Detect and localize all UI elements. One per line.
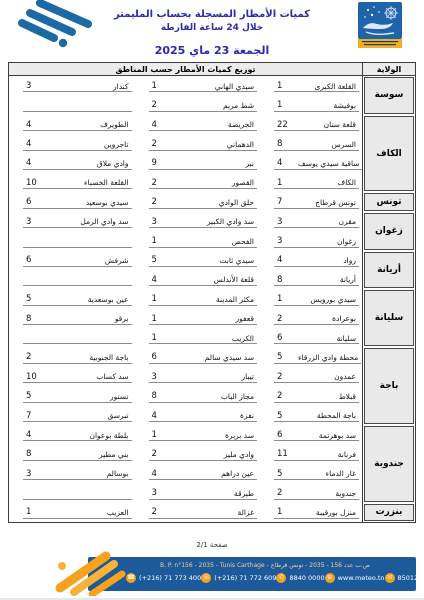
station-slot: 6سد سيدي سالم bbox=[135, 347, 261, 366]
table-row: 1الكاف2القصور10القلعة الخصباء bbox=[9, 173, 362, 192]
station-slot: 4ساقية سيدي يوسف bbox=[260, 154, 362, 173]
governorate-label: الكاف bbox=[364, 116, 414, 192]
table-row: 22قلعة سنان4الجريصة4الطويرف bbox=[9, 115, 362, 134]
station-slot: 2حلق الوادي bbox=[135, 192, 261, 211]
station-slot: 3تيبار bbox=[135, 367, 261, 386]
governorate-label: باجة bbox=[364, 348, 414, 424]
governorate-block: 6سد بوهرتمة1سد بربرة4بلطة بوعوان11فرنانة… bbox=[9, 425, 415, 503]
station-name: العزيب bbox=[47, 509, 132, 517]
station-slot: 11فرنانة bbox=[260, 444, 362, 463]
contact-text: (+216) 71 773 400 bbox=[139, 574, 201, 582]
table-row: 11فرنانة2وادي مليز8بني مطير bbox=[9, 444, 362, 463]
station-slot: 3بوسالم bbox=[9, 464, 135, 483]
rain-value: 5 bbox=[274, 353, 298, 362]
station-name: ساقية سيدي يوسف bbox=[298, 160, 363, 168]
station-name: رواد bbox=[298, 257, 359, 265]
station-slot: 5باجة المحطة bbox=[260, 406, 362, 425]
rain-value: 3 bbox=[149, 218, 173, 227]
station-name: بلطة بوعوان bbox=[47, 432, 132, 440]
rain-value: 2 bbox=[274, 392, 298, 401]
governorate-block: 1سيدي بورويس1مكثر المدينة5عين بوسعدية2بو… bbox=[9, 289, 415, 347]
station-slot: 6سليانة bbox=[260, 328, 362, 347]
station-name: مقرن bbox=[298, 218, 359, 226]
rainfall-bulletin-page: كميات الأمطار المسجلة بحساب المليمتر خلا… bbox=[0, 0, 424, 600]
station-entry: 3طبرقة bbox=[149, 483, 258, 499]
station-slot: 6شرفش bbox=[9, 251, 135, 270]
contact-item: ✉85012 bbox=[385, 573, 419, 583]
station-entry: 4عين دراهم bbox=[149, 464, 258, 480]
page-number-label: صفحة 2/1 bbox=[196, 541, 227, 549]
station-slot: 8بني مطير bbox=[9, 444, 135, 463]
station-slot: 5غار الدماء bbox=[260, 464, 362, 483]
station-slot: 4قلعة الأندلس bbox=[135, 270, 261, 289]
station-entry: 1الكاف bbox=[274, 173, 359, 189]
station-slot bbox=[9, 328, 135, 347]
station-slot: 1سيدي بورويس bbox=[260, 289, 362, 308]
station-name: الفحص bbox=[173, 238, 258, 246]
station-name: عمدون bbox=[298, 373, 359, 381]
governorate-block: 4رواد5سيدي ثابت6شرفش8أريانة4قلعة الأندلس… bbox=[9, 251, 415, 290]
station-slot: 1بوفيشة bbox=[260, 95, 362, 114]
governorate-cell: باجة bbox=[362, 347, 415, 425]
station-entry: 2حلق الوادي bbox=[149, 192, 258, 208]
rain-value: 3 bbox=[23, 218, 47, 227]
rain-value: 2 bbox=[149, 179, 173, 188]
contact-item: ✆8840 0000 bbox=[276, 573, 324, 583]
station-slot: 6سيدي بوسعيد bbox=[9, 192, 135, 211]
rain-value: 1 bbox=[23, 508, 47, 517]
station-name: محطة وادي الزرقاء bbox=[298, 354, 361, 362]
rain-value: 4 bbox=[274, 159, 298, 168]
governorate-label: سليانة bbox=[364, 290, 414, 346]
station-entry: 1القلعة الكبرى bbox=[274, 76, 359, 92]
globe-icon: ⊕ bbox=[325, 573, 335, 583]
rain-value: 5 bbox=[149, 256, 173, 265]
station-name: القصور bbox=[173, 179, 258, 187]
station-entry: 4الجريصة bbox=[149, 115, 258, 131]
rain-value: 2 bbox=[149, 140, 173, 149]
table-header-row: توزيع كميات الأمطار حسب المناطق الولاية bbox=[9, 63, 415, 76]
station-entry: 6سد سيدي سالم bbox=[149, 347, 258, 363]
contact-text: (+216) 71 772 609 bbox=[214, 574, 276, 582]
station-name: مكثر المدينة bbox=[173, 296, 258, 304]
station-entry: 1سيدي بورويس bbox=[274, 289, 359, 305]
station-entry: 2شط مريم bbox=[149, 95, 258, 111]
station-slot: 5سيدي ثابت bbox=[135, 251, 261, 270]
station-name: باجة المحطة bbox=[298, 412, 359, 420]
table-row: 1منزل بورقيبة2غزالة1العزيب bbox=[9, 503, 362, 522]
station-entry: 9نبر bbox=[149, 154, 258, 170]
station-entry: 1الفحص bbox=[149, 231, 258, 247]
station-slot: 2الدهماني bbox=[135, 134, 261, 153]
station-slot: 22قلعة سنان bbox=[260, 115, 362, 134]
rain-value: 4 bbox=[23, 431, 47, 440]
table-row: 2جندوبة3طبرقة bbox=[9, 483, 362, 502]
inm-stripes-logo bbox=[14, 0, 98, 50]
table-row: 8أريانة4قلعة الأندلس bbox=[9, 270, 362, 289]
rain-value: 4 bbox=[149, 276, 173, 285]
station-name: غار الدماء bbox=[298, 470, 359, 478]
station-slot: 3كندار bbox=[9, 76, 135, 95]
station-slot: 2قبلاط bbox=[260, 386, 362, 405]
station-entry: 8مجاز الباب bbox=[149, 386, 258, 402]
station-name: وادي مليز bbox=[173, 451, 258, 459]
rain-value: 4 bbox=[149, 121, 173, 130]
station-slot: 7تونس قرطاج bbox=[260, 192, 362, 211]
station-slot: 4تاجروين bbox=[9, 134, 135, 153]
station-slot: 3زغوان bbox=[260, 231, 362, 250]
station-entry: 1سد بربرة bbox=[149, 425, 258, 441]
governorate-block: 1القلعة الكبرى1سيدي الهاني3كندار1بوفيشة2… bbox=[9, 76, 415, 115]
station-name: غزالة bbox=[173, 509, 258, 517]
station-name: الدهماني bbox=[173, 141, 258, 149]
rain-value: 8 bbox=[274, 140, 298, 149]
station-slot: 5تستور bbox=[9, 386, 135, 405]
station-entry: 6سليانة bbox=[274, 328, 359, 344]
station-slot: 3سد وادي الرمل bbox=[9, 212, 135, 231]
station-name: شط مريم bbox=[173, 102, 258, 110]
station-rows: 1سيدي بورويس1مكثر المدينة5عين بوسعدية2بو… bbox=[9, 289, 362, 347]
station-rows: 6سد بوهرتمة1سد بربرة4بلطة بوعوان11فرنانة… bbox=[9, 425, 362, 503]
station-entry: 5محطة وادي الزرقاء bbox=[274, 347, 361, 363]
station-slot: 3سد وادي الكبير bbox=[135, 212, 261, 231]
station-rows: 5محطة وادي الزرقاء6سد سيدي سالم2باجة الج… bbox=[9, 347, 362, 425]
rain-value: 2 bbox=[274, 373, 298, 382]
station-name: بوفيشة bbox=[298, 102, 359, 110]
station-slot: 1مكثر المدينة bbox=[135, 289, 261, 308]
station-entry bbox=[23, 270, 132, 286]
rain-value: 2 bbox=[149, 450, 173, 459]
rain-value: 8 bbox=[274, 276, 298, 285]
address-arabic: ص.ب عدد 156 - 2035 - تونس قرطاج bbox=[271, 562, 370, 569]
station-slot: 5محطة وادي الزرقاء bbox=[260, 347, 362, 366]
table-body: 1القلعة الكبرى1سيدي الهاني3كندار1بوفيشة2… bbox=[9, 76, 415, 522]
governorate-block: 5محطة وادي الزرقاء6سد سيدي سالم2باجة الج… bbox=[9, 347, 415, 425]
station-name: السرس bbox=[298, 141, 359, 149]
station-entry: 3تيبار bbox=[149, 367, 258, 383]
station-name: بوسالم bbox=[47, 470, 132, 478]
station-name: سد وادي الرمل bbox=[47, 218, 132, 226]
station-name: سد بربرة bbox=[173, 432, 258, 440]
station-name: تيبار bbox=[173, 373, 258, 381]
station-entry: 2بوعرادة bbox=[274, 309, 359, 325]
station-name: الطويرف bbox=[47, 121, 132, 129]
station-slot: 4بلطة بوعوان bbox=[9, 425, 135, 444]
station-slot bbox=[9, 95, 135, 114]
station-slot: 1الكاف bbox=[260, 173, 362, 192]
station-rows: 22قلعة سنان4الجريصة4الطويرف8السرس2الدهما… bbox=[9, 115, 362, 193]
rain-value: 1 bbox=[274, 101, 298, 110]
table-row: 5باجة المحطة4نفزة7تبرسق bbox=[9, 406, 362, 425]
regions-header: توزيع كميات الأمطار حسب المناطق bbox=[9, 63, 362, 75]
station-entry: 1بوفيشة bbox=[274, 95, 359, 111]
station-name: وادي ملاق bbox=[47, 160, 132, 168]
station-slot: 10سد كساب bbox=[9, 367, 135, 386]
station-entry bbox=[23, 95, 132, 111]
rain-value: 3 bbox=[23, 470, 47, 479]
table-row: 1بوفيشة2شط مريم bbox=[9, 95, 362, 114]
station-slot: 1سد بربرة bbox=[135, 425, 261, 444]
station-name: مجاز الباب bbox=[173, 393, 258, 401]
rain-value: 22 bbox=[274, 121, 298, 130]
station-entry: 1قعفور bbox=[149, 309, 258, 325]
mail-icon: ✉ bbox=[385, 573, 395, 583]
station-entry: 8أريانة bbox=[274, 270, 359, 286]
station-entry: 10سد كساب bbox=[23, 367, 132, 383]
rain-value: 4 bbox=[23, 121, 47, 130]
rain-value: 8 bbox=[23, 315, 47, 324]
station-entry: 3مقرن bbox=[274, 212, 359, 228]
station-entry: 1مكثر المدينة bbox=[149, 289, 258, 305]
station-entry: 1سيدي الهاني bbox=[149, 76, 258, 92]
station-entry: 22قلعة سنان bbox=[274, 115, 359, 131]
station-slot: 2وادي مليز bbox=[135, 444, 261, 463]
station-entry: 4رواد bbox=[274, 251, 359, 267]
governorate-label: أريانة bbox=[364, 252, 414, 289]
table-row: 7تونس قرطاج2حلق الوادي6سيدي بوسعيد bbox=[9, 192, 362, 211]
rain-value: 3 bbox=[149, 373, 173, 382]
station-name: الجريصة bbox=[173, 121, 258, 129]
governorate-block: 1منزل بورقيبة2غزالة1العزيببنزرت bbox=[9, 503, 415, 522]
station-slot: 8برقو bbox=[9, 309, 135, 328]
station-rows: 7تونس قرطاج2حلق الوادي6سيدي بوسعيد bbox=[9, 192, 362, 211]
rain-value: 1 bbox=[274, 508, 298, 517]
station-name: قعفور bbox=[173, 315, 258, 323]
station-name: نفزة bbox=[173, 412, 258, 420]
rain-value: 1 bbox=[149, 431, 173, 440]
station-entry: 4قلعة الأندلس bbox=[149, 270, 258, 286]
station-entry: 4وادي ملاق bbox=[23, 154, 132, 170]
station-entry: 2عمدون bbox=[274, 367, 359, 383]
station-entry: 5تستور bbox=[23, 386, 132, 402]
governorate-label: تونس bbox=[364, 193, 414, 210]
fax-icon: ☏ bbox=[201, 573, 211, 583]
station-name: جندوبة bbox=[298, 490, 359, 498]
station-entry: 2غزالة bbox=[149, 503, 258, 519]
station-name: سيدي الهاني bbox=[173, 83, 258, 91]
station-entry: 2قبلاط bbox=[274, 386, 359, 402]
station-entry: 7تونس قرطاج bbox=[274, 192, 359, 208]
station-slot: 2شط مريم bbox=[135, 95, 261, 114]
station-rows: 1منزل بورقيبة2غزالة1العزيب bbox=[9, 503, 362, 522]
rain-value: 1 bbox=[274, 295, 298, 304]
governorate-cell: جندوبة bbox=[362, 425, 415, 503]
station-entry bbox=[23, 231, 132, 247]
station-name: سد وادي الكبير bbox=[173, 218, 258, 226]
station-slot bbox=[9, 483, 135, 502]
governorate-cell: الكاف bbox=[362, 115, 415, 193]
rain-value: 4 bbox=[149, 470, 173, 479]
rain-streaks-icon bbox=[14, 0, 98, 50]
station-entry: 5غار الدماء bbox=[274, 464, 359, 480]
station-slot: 7تبرسق bbox=[9, 406, 135, 425]
station-name: نبر bbox=[173, 160, 258, 168]
rain-value: 1 bbox=[274, 82, 298, 91]
table-row: 2بوعرادة1قعفور8برقو bbox=[9, 309, 362, 328]
station-name: القلعة الخصباء bbox=[47, 179, 132, 187]
station-entry: 4الطويرف bbox=[23, 115, 132, 131]
inm-orange-logo bbox=[52, 548, 130, 596]
rain-value: 6 bbox=[23, 256, 47, 265]
call-center-icon: ✆ bbox=[276, 573, 286, 583]
rain-value: 10 bbox=[23, 373, 47, 382]
station-entry: 4تاجروين bbox=[23, 134, 132, 150]
rain-value: 5 bbox=[23, 392, 47, 401]
station-name: قبلاط bbox=[298, 393, 359, 401]
station-name: الكريب bbox=[173, 335, 258, 343]
station-slot: 1الكريب bbox=[135, 328, 261, 347]
station-name: فرنانة bbox=[298, 451, 359, 459]
station-name: تونس قرطاج bbox=[298, 199, 359, 207]
station-slot: 1سيدي الهاني bbox=[135, 76, 261, 95]
station-name: عين بوسعدية bbox=[47, 296, 132, 304]
rain-value: 9 bbox=[149, 159, 173, 168]
governorate-cell: سوسة bbox=[362, 76, 415, 115]
rain-value: 2 bbox=[149, 198, 173, 207]
station-slot: 1الفحص bbox=[135, 231, 261, 250]
table-row: 5محطة وادي الزرقاء6سد سيدي سالم2باجة الج… bbox=[9, 347, 362, 366]
table-row: 1سيدي بورويس1مكثر المدينة5عين بوسعدية bbox=[9, 289, 362, 308]
table-row: 3زغوان1الفحص bbox=[9, 231, 362, 250]
contact-item: ☏(+216) 71 772 609 bbox=[201, 573, 276, 583]
inm-emblem-logo bbox=[358, 2, 402, 48]
station-entry bbox=[23, 328, 132, 344]
table-row: 4ساقية سيدي يوسف9نبر4وادي ملاق bbox=[9, 154, 362, 173]
station-entry: 2القصور bbox=[149, 173, 258, 189]
contact-item: ⊕www.meteo.tn bbox=[325, 573, 385, 583]
station-entry: 6شرفش bbox=[23, 251, 132, 267]
contact-item: ☎(+216) 71 773 400 bbox=[126, 573, 201, 583]
station-slot: 5عين بوسعدية bbox=[9, 289, 135, 308]
station-name: سد بوهرتمة bbox=[298, 432, 359, 440]
governorate-label: سوسة bbox=[364, 77, 414, 114]
station-name: حلق الوادي bbox=[173, 199, 258, 207]
rain-value: 6 bbox=[274, 431, 298, 440]
station-entry: 8السرس bbox=[274, 134, 359, 150]
governorate-block: 7تونس قرطاج2حلق الوادي6سيدي بوسعيدتونس bbox=[9, 192, 415, 211]
rain-value: 2 bbox=[274, 489, 298, 498]
station-slot: 1القلعة الكبرى bbox=[260, 76, 362, 95]
station-entry: 8بني مطير bbox=[23, 444, 132, 460]
table-row: 4رواد5سيدي ثابت6شرفش bbox=[9, 251, 362, 270]
station-entry: 1الكريب bbox=[149, 328, 258, 344]
station-slot: 4نفزة bbox=[135, 406, 261, 425]
station-entry: 3زغوان bbox=[274, 231, 359, 247]
rain-value: 3 bbox=[274, 237, 298, 246]
station-name: سيدي بورويس bbox=[298, 296, 359, 304]
rain-value: 5 bbox=[23, 295, 47, 304]
rain-value: 2 bbox=[149, 508, 173, 517]
station-entry bbox=[23, 483, 132, 499]
rain-value: 2 bbox=[23, 353, 47, 362]
station-entry: 3سد وادي الرمل bbox=[23, 212, 132, 228]
station-name: سد كساب bbox=[47, 373, 132, 381]
station-name: تستور bbox=[47, 393, 132, 401]
station-slot: 8السرس bbox=[260, 134, 362, 153]
station-slot: 4وادي ملاق bbox=[9, 154, 135, 173]
rain-value: 6 bbox=[23, 198, 47, 207]
station-slot: 10القلعة الخصباء bbox=[9, 173, 135, 192]
station-entry: 10القلعة الخصباء bbox=[23, 173, 132, 189]
station-slot: 4الجريصة bbox=[135, 115, 261, 134]
station-entry: 3كندار bbox=[23, 76, 132, 92]
station-name: زغوان bbox=[298, 238, 359, 246]
station-slot: 1منزل بورقيبة bbox=[260, 503, 362, 522]
rain-value: 1 bbox=[149, 315, 173, 324]
rain-value: 8 bbox=[23, 450, 47, 459]
table-row: 1القلعة الكبرى1سيدي الهاني3كندار bbox=[9, 76, 362, 95]
station-slot: 1العزيب bbox=[9, 503, 135, 522]
table-row: 8السرس2الدهماني4تاجروين bbox=[9, 134, 362, 153]
station-slot: 6سد بوهرتمة bbox=[260, 425, 362, 444]
station-slot: 4الطويرف bbox=[9, 115, 135, 134]
governorate-label: جندوبة bbox=[364, 426, 414, 502]
rain-value: 1 bbox=[149, 334, 173, 343]
station-slot: 2باجة الجنوبية bbox=[9, 347, 135, 366]
rainfall-table: توزيع كميات الأمطار حسب المناطق الولاية … bbox=[8, 62, 416, 523]
table-row: 5غار الدماء4عين دراهم3بوسالم bbox=[9, 464, 362, 483]
station-slot: 2بوعرادة bbox=[260, 309, 362, 328]
station-name: شرفش bbox=[47, 257, 132, 265]
rain-value: 8 bbox=[149, 392, 173, 401]
station-slot: 8مجاز الباب bbox=[135, 386, 261, 405]
rain-value: 4 bbox=[149, 412, 173, 421]
station-name: قلعة الأندلس bbox=[173, 276, 258, 284]
rain-value: 4 bbox=[274, 256, 298, 265]
station-entry: 5سيدي ثابت bbox=[149, 251, 258, 267]
station-slot: 4رواد bbox=[260, 251, 362, 270]
governorate-cell: بنزرت bbox=[362, 503, 415, 522]
station-slot: 4عين دراهم bbox=[135, 464, 261, 483]
governorate-block: 22قلعة سنان4الجريصة4الطويرف8السرس2الدهما… bbox=[9, 115, 415, 193]
rain-value: 7 bbox=[274, 198, 298, 207]
contact-strip: ☎(+216) 71 773 400☏(+216) 71 772 609✆884… bbox=[88, 569, 416, 583]
orange-streaks-icon bbox=[52, 548, 130, 596]
station-entry: 2وادي مليز bbox=[149, 444, 258, 460]
station-name: بني مطير bbox=[47, 451, 132, 459]
station-name: سيدي بوسعيد bbox=[47, 199, 132, 207]
station-name: طبرقة bbox=[173, 490, 258, 498]
station-name: تبرسق bbox=[47, 412, 132, 420]
station-slot: 9نبر bbox=[135, 154, 261, 173]
rain-value: 1 bbox=[149, 237, 173, 246]
governorate-cell: سليانة bbox=[362, 289, 415, 347]
station-entry: 2باجة الجنوبية bbox=[23, 347, 132, 363]
station-name: برقو bbox=[47, 315, 132, 323]
postal-address: B. P. n°156 - 2035 - Tunis Carthage - ص.… bbox=[88, 557, 416, 569]
address-french: B. P. n°156 - 2035 - Tunis Carthage - bbox=[160, 562, 269, 569]
station-entry: 1منزل بورقيبة bbox=[274, 503, 359, 519]
contact-text: 8840 0000 bbox=[289, 574, 324, 582]
station-entry: 4نفزة bbox=[149, 406, 258, 422]
governorate-label: بنزرت bbox=[364, 504, 414, 521]
governorate-cell: تونس bbox=[362, 192, 415, 211]
rain-value: 6 bbox=[149, 353, 173, 362]
station-entry: 2جندوبة bbox=[274, 483, 359, 499]
station-entry: 5باجة المحطة bbox=[274, 406, 359, 422]
station-entry: 4بلطة بوعوان bbox=[23, 425, 132, 441]
table-row: 3مقرن3سد وادي الكبير3سد وادي الرمل bbox=[9, 212, 362, 231]
station-slot: 2عمدون bbox=[260, 367, 362, 386]
rain-value: 1 bbox=[149, 295, 173, 304]
station-slot: 2جندوبة bbox=[260, 483, 362, 502]
rain-value: 1 bbox=[149, 82, 173, 91]
station-name: باجة الجنوبية bbox=[47, 354, 132, 362]
station-entry: 6سيدي بوسعيد bbox=[23, 192, 132, 208]
station-entry: 6سد بوهرتمة bbox=[274, 425, 359, 441]
station-name: سيدي ثابت bbox=[173, 257, 258, 265]
governorate-cell: أريانة bbox=[362, 251, 415, 290]
